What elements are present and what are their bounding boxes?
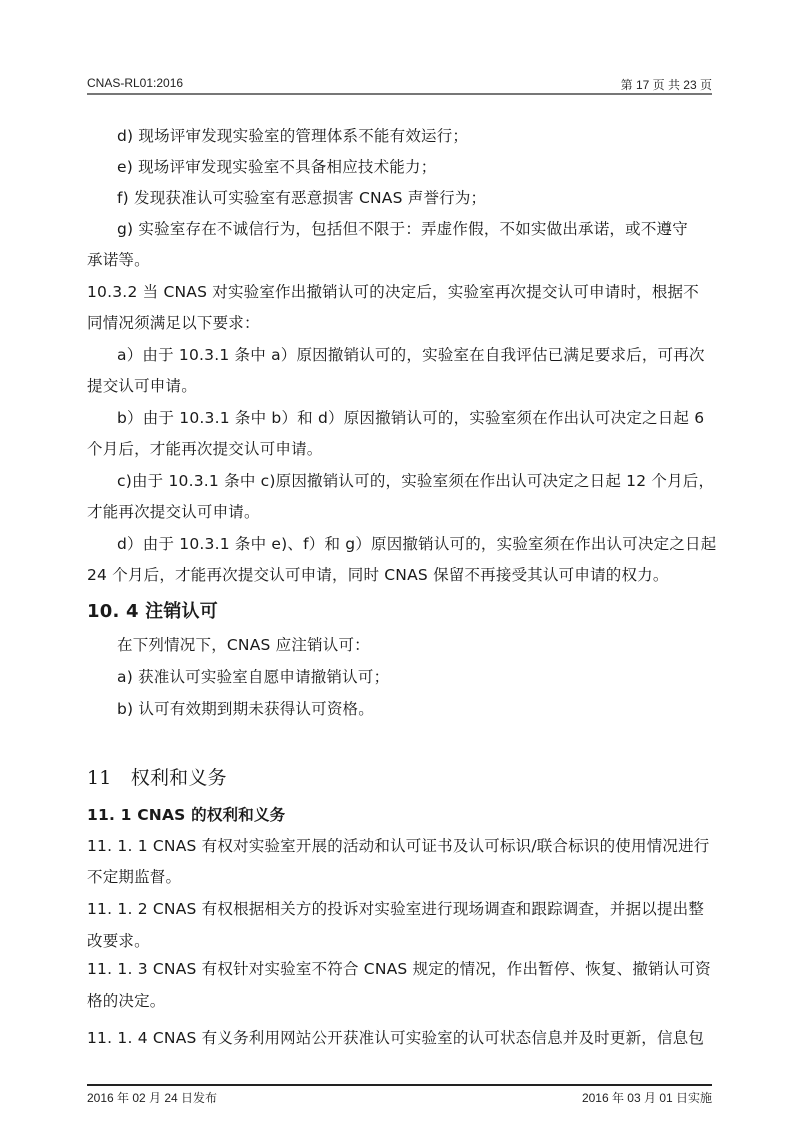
clause-11-1-1: 11. 1. 1 CNAS 有权对实验室开展的活动和认可证书及认可标识/联合标识… (87, 834, 712, 856)
paragraph-line: f) 发现获准认可实验室有恶意损害 CNAS 声誉行为； (117, 186, 712, 208)
paragraph-line: 格的决定。 (87, 989, 712, 1011)
paragraph-line: a）由于 10.3.1 条中 a）原因撤销认可的，实验室在自我评估已满足要求后，… (117, 343, 712, 365)
list-item: b) 认可有效期到期未获得认可资格。 (117, 697, 712, 719)
paragraph-line: 改要求。 (87, 929, 712, 951)
clause-11-1-4: 11. 1. 4 CNAS 有义务利用网站公开获准认可实验室的认可状态信息并及时… (87, 1026, 712, 1048)
page-number: 第 17 页 共 23 页 (621, 76, 712, 93)
paragraph-line: b）由于 10.3.1 条中 b）和 d）原因撤销认可的，实验室须在作出认可决定… (117, 406, 712, 428)
paragraph-line: 承诺等。 (87, 248, 712, 270)
paragraph-line: d）由于 10.3.1 条中 e)、f）和 g）原因撤销认可的，实验室须在作出认… (117, 532, 712, 554)
paragraph-line: c)由于 10.3.1 条中 c)原因撤销认可的，实验室须在作出认可决定之日起 … (117, 469, 712, 491)
paragraph-line: 提交认可申请。 (87, 374, 712, 396)
paragraph-line: e) 现场评审发现实验室不具备相应技术能力； (117, 155, 712, 177)
paragraph-line: 在下列情况下，CNAS 应注销认可： (117, 633, 712, 655)
paragraph-line: 24 个月后，才能再次提交认可申请，同时 CNAS 保留不再接受其认可申请的权力… (87, 563, 712, 585)
section-heading-11-1: 11. 1 CNAS 的权利和义务 (87, 803, 712, 825)
list-item: a) 获准认可实验室自愿申请撤销认可； (117, 665, 712, 687)
document-page: CNAS-RL01:2016 第 17 页 共 23 页 d) 现场评审发现实验… (0, 0, 800, 1132)
clause-11-1-3: 11. 1. 3 CNAS 有权针对实验室不符合 CNAS 规定的情况，作出暂停… (87, 957, 712, 979)
page-header: CNAS-RL01:2016 第 17 页 共 23 页 (87, 76, 712, 95)
paragraph-line: 才能再次提交认可申请。 (87, 500, 712, 522)
section-heading-11: 11 权利和义务 (87, 763, 712, 790)
paragraph-line: g) 实验室存在不诚信行为，包括但不限于：弄虚作假，不如实做出承诺，或不遵守 (117, 217, 712, 239)
effective-date: 2016 年 03 月 01 日实施 (582, 1089, 712, 1106)
issue-date: 2016 年 02 月 24 日发布 (87, 1089, 217, 1106)
clause-10-3-2: 10.3.2 当 CNAS 对实验室作出撤销认可的决定后，实验室再次提交认可申请… (87, 280, 712, 302)
page-footer: 2016 年 02 月 24 日发布 2016 年 03 月 01 日实施 (87, 1084, 712, 1089)
paragraph-line: 不定期监督。 (87, 865, 712, 887)
paragraph-line: d) 现场评审发现实验室的管理体系不能有效运行； (117, 124, 712, 146)
paragraph-line: 同情况须满足以下要求： (87, 311, 712, 333)
clause-11-1-2: 11. 1. 2 CNAS 有权根据相关方的投诉对实验室进行现场调查和跟踪调查，… (87, 897, 712, 919)
doc-id: CNAS-RL01:2016 (87, 76, 183, 90)
section-heading-10-4: 10. 4 注销认可 (87, 597, 712, 623)
paragraph-line: 个月后，才能再次提交认可申请。 (87, 437, 712, 459)
